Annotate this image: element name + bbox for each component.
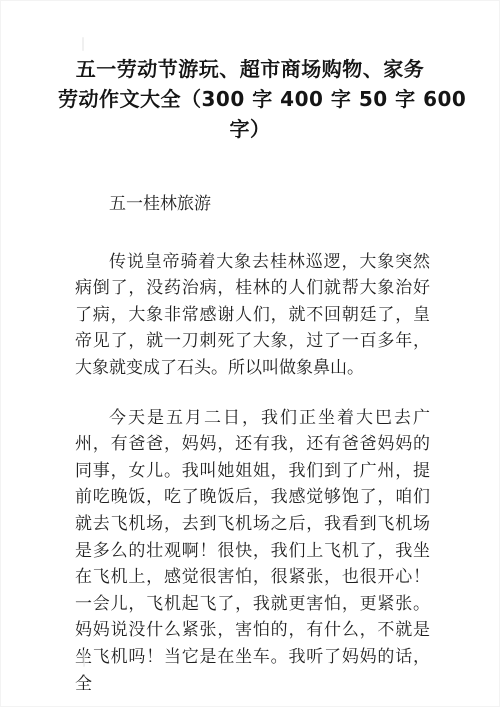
title-line-2: 劳动作文大全（300 字 400 字 50 字 600 bbox=[58, 84, 442, 114]
scan-artifact-bottom bbox=[83, 650, 85, 667]
essay-subtitle: 五一桂林旅游 bbox=[75, 191, 430, 218]
essay-paragraph-1: 传说皇帝骑着大象去桂林巡逻，大象突然病倒了，没药治病，桂林的人们就帮大象治好了病… bbox=[75, 249, 430, 382]
essay-paragraph-2: 今天是五月二日，我们正坐着大巴去广州，有爸爸，妈妈，还有我，还有爸爸妈妈的同事，… bbox=[75, 405, 430, 698]
document-page: 五一劳动节游玩、超市商场购物、家务 劳动作文大全（300 字 400 字 50 … bbox=[0, 0, 500, 707]
document-body: 五一桂林旅游 传说皇帝骑着大象去桂林巡逻，大象突然病倒了，没药治病，桂林的人们就… bbox=[0, 191, 500, 697]
scan-artifact-top bbox=[82, 37, 84, 51]
title-line-1: 五一劳动节游玩、超市商场购物、家务 bbox=[58, 54, 442, 84]
title-line-3: 字） bbox=[58, 114, 442, 144]
document-title: 五一劳动节游玩、超市商场购物、家务 劳动作文大全（300 字 400 字 50 … bbox=[0, 0, 500, 144]
